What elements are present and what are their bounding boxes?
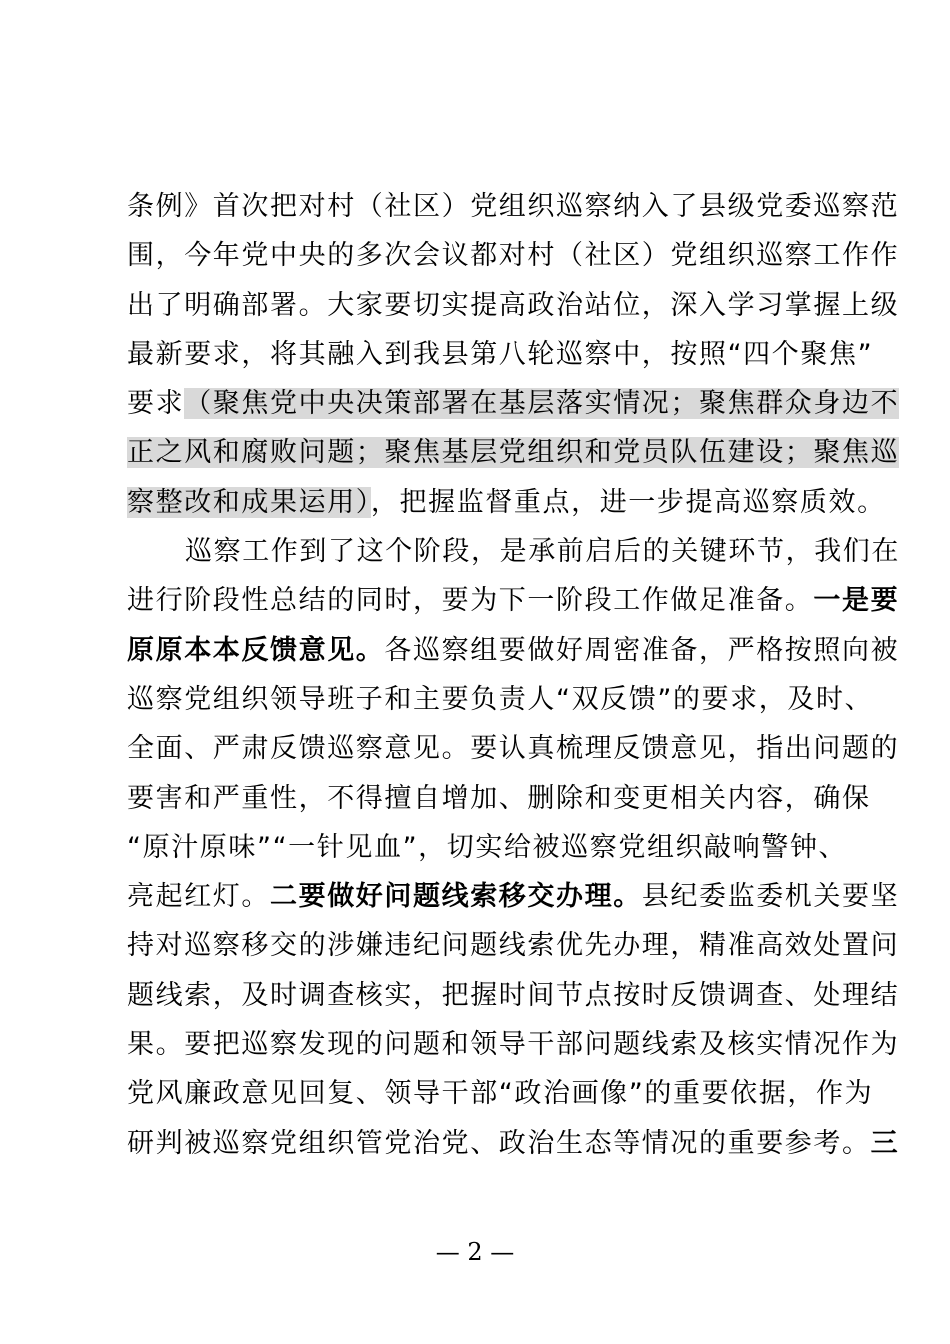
- text-line: 察整改和成果运用），把握监督重点，进一步提高巡察质效。: [127, 482, 817, 531]
- text-line: 围，今年党中央的多次会议都对村（社区）党组织巡察工作作: [127, 235, 817, 284]
- text-line: 持对巡察移交的涉嫌违纪问题线索优先办理，精准高效处置问: [127, 925, 817, 974]
- paragraph-text: 进行阶段性总结的同时，要为下一阶段工作做足准备。: [127, 585, 813, 616]
- page-number: — 2 —: [0, 1238, 950, 1266]
- bold-heading-text: 原原本本反馈意见。: [127, 635, 384, 666]
- paragraph-text: 持对巡察移交的涉嫌违纪问题线索优先办理，精准高效处置问: [127, 930, 899, 961]
- bold-heading-text: 一是要: [813, 585, 899, 616]
- paragraph-text: 全面、严肃反馈巡察意见。要认真梳理反馈意见，指出问题的: [127, 733, 899, 764]
- paragraph-text: 出了明确部署。大家要切实提高政治站位，深入学习掌握上级: [127, 290, 899, 321]
- paragraph-text: 果。要把巡察发现的问题和领导干部问题线索及核实情况作为: [127, 1029, 899, 1060]
- paragraph-text: 围，今年党中央的多次会议都对村（社区）党组织巡察工作作: [127, 240, 899, 271]
- text-line: 题线索，及时调查核实，把握时间节点按时反馈调查、处理结: [127, 975, 817, 1024]
- paragraph-text: 各巡察组要做好周密准备，严格按照向被: [384, 635, 899, 666]
- paragraph-text: 研判被巡察党组织管党治党、政治生态等情况的重要参考。: [127, 1128, 871, 1159]
- bold-heading-text: 二要做好问题线索移交办理。: [270, 881, 642, 912]
- paragraph-text: 亮起红灯。: [127, 881, 270, 912]
- text-line: “原汁原味”“一针见血”，切实给被巡察党组织敲响警钟、: [127, 827, 817, 876]
- paragraph-text: 题线索，及时调查核实，把握时间节点按时反馈调查、处理结: [127, 980, 899, 1011]
- text-line: 条例》首次把对村（社区）党组织巡察纳入了县级党委巡察范: [127, 186, 817, 235]
- paragraph-text: 最新要求，将其融入到我县第八轮巡察中，按照“四个聚焦”: [127, 339, 873, 370]
- text-line: 最新要求，将其融入到我县第八轮巡察中，按照“四个聚焦”: [127, 334, 817, 383]
- paragraph-text: ，把握监督重点，进一步提高巡察质效。: [371, 487, 886, 518]
- text-line: 党风廉政意见回复、领导干部“政治画像”的重要依据，作为: [127, 1073, 817, 1122]
- text-line: 巡察工作到了这个阶段，是承前启后的关键环节，我们在: [127, 531, 817, 580]
- paragraph-text: 巡察党组织领导班子和主要负责人“双反馈”的要求，及时、: [127, 684, 873, 715]
- paragraph-text: 条例》首次把对村（社区）党组织巡察纳入了县级党委巡察范: [127, 191, 899, 222]
- text-line: 巡察党组织领导班子和主要负责人“双反馈”的要求，及时、: [127, 679, 817, 728]
- text-line: 研判被巡察党组织管党治党、政治生态等情况的重要参考。三: [127, 1123, 817, 1172]
- paragraph-text: 要害和严重性，不得擅自增加、删除和变更相关内容，确保: [127, 783, 871, 814]
- text-line: 正之风和腐败问题；聚焦基层党组织和党员队伍建设；聚焦巡: [127, 432, 817, 481]
- text-line: 要求（聚焦党中央决策部署在基层落实情况；聚焦群众身边不: [127, 383, 817, 432]
- text-line: 全面、严肃反馈巡察意见。要认真梳理反馈意见，指出问题的: [127, 728, 817, 777]
- text-line: 进行阶段性总结的同时，要为下一阶段工作做足准备。一是要: [127, 580, 817, 629]
- paragraph-text: 巡察工作到了这个阶段，是承前启后的关键环节，我们在: [185, 536, 900, 567]
- text-line: 果。要把巡察发现的问题和领导干部问题线索及核实情况作为: [127, 1024, 817, 1073]
- paragraph-text: 要求: [127, 388, 184, 419]
- body-text: 条例》首次把对村（社区）党组织巡察纳入了县级党委巡察范围，今年党中央的多次会议都…: [127, 186, 817, 1172]
- paragraph-text: 县纪委监委机关要坚: [642, 881, 899, 912]
- text-line: 要害和严重性，不得擅自增加、删除和变更相关内容，确保: [127, 778, 817, 827]
- text-line: 出了明确部署。大家要切实提高政治站位，深入学习掌握上级: [127, 285, 817, 334]
- document-page: 条例》首次把对村（社区）党组织巡察纳入了县级党委巡察范围，今年党中央的多次会议都…: [0, 0, 950, 1344]
- text-line: 原原本本反馈意见。各巡察组要做好周密准备，严格按照向被: [127, 630, 817, 679]
- paragraph-text: 党风廉政意见回复、领导干部“政治画像”的重要依据，作为: [127, 1078, 873, 1109]
- highlighted-text: 正之风和腐败问题；聚焦基层党组织和党员队伍建设；聚焦巡: [127, 437, 899, 468]
- highlighted-text: （聚焦党中央决策部署在基层落实情况；聚焦群众身边不: [184, 388, 899, 419]
- text-line: 亮起红灯。二要做好问题线索移交办理。县纪委监委机关要坚: [127, 876, 817, 925]
- highlighted-text: 察整改和成果运用）: [127, 487, 371, 518]
- bold-heading-text: 三: [871, 1128, 900, 1159]
- paragraph-text: “原汁原味”“一针见血”，切实给被巡察党组织敲响警钟、: [127, 832, 847, 863]
